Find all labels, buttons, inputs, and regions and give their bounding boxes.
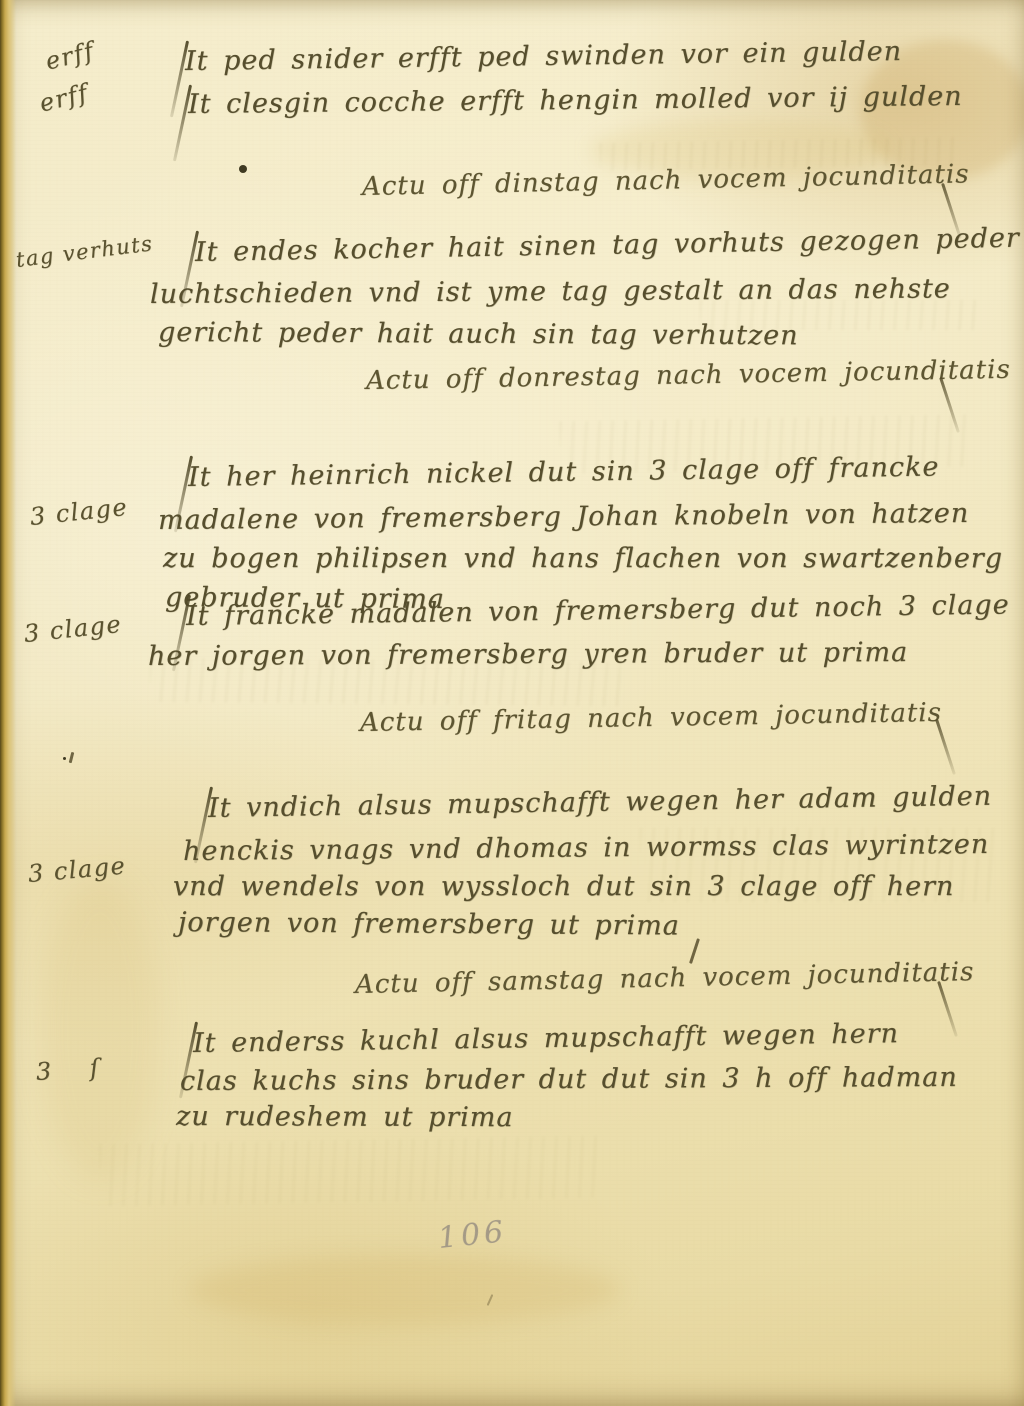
gutter-edge [0, 0, 16, 1406]
page-edge-shading [0, 0, 1024, 1406]
manuscript-photo: erff It ped snider erfft ped swinden vor… [0, 0, 1024, 1406]
